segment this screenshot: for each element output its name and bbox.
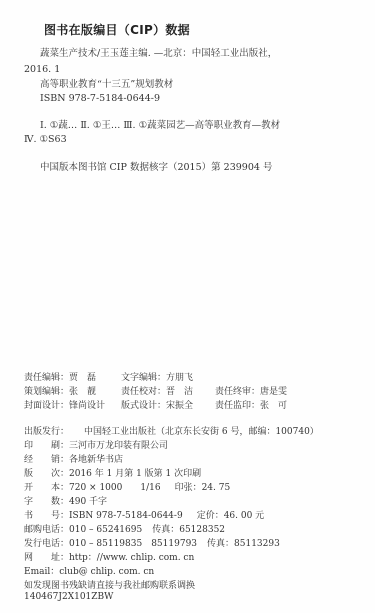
credit-cover-design: 封面设计：锋尚设计 [24,398,105,411]
pub-website: 网 址：http：//www. chlip. com. cn [24,550,194,563]
credit-text-editor: 文字编辑：方朋飞 [121,370,193,383]
pub-distributor: 经 销：各地新华书店 [24,452,123,465]
pub-word-count: 字 数：490 千字 [24,494,107,507]
credit-final-reviewer: 责任终审：唐是雯 [215,384,287,397]
credit-planning-editor: 策划编辑：张 靓 [24,384,96,397]
credit-print-supervisor: 责任监印：张 可 [215,398,287,411]
pub-sales-phone: 发行电话：010 – 85119835 85119793传真：85113293 [24,536,280,549]
cip-series-line: 高等职业教育“十三五”规划教材 [40,79,173,91]
pub-mail-order-phone: 邮购电话：010 – 65241695传真：65128352 [24,522,225,535]
cip-heading: 图书在版编目（CIP）数据 [44,21,190,38]
pub-email: Email：club@ chlip. com. cn [24,564,154,577]
pub-publisher: 出版发行：中国轻工业出版社（北京东长安街 6 号，邮编：100740） [24,424,319,437]
pub-code: 140467J2X101ZBW [24,592,113,602]
cip-title-line: 蔬菜生产技术/王玉莲主编. —北京：中国轻工业出版社， [40,48,277,60]
credit-responsible-editor: 责任编辑：贾 磊 [24,370,96,383]
pub-format: 开 本：720 × 1000 1/16印张：24. 75 [24,480,230,493]
pub-printer: 印 刷：三河市万龙印装有限公司 [24,438,168,451]
pub-isbn: 书 号：ISBN 978-7-5184-0644-9定价：46. 00 元 [24,508,264,521]
cip-number-line: 中国版本图书馆 CIP 数据核字（2015）第 239904 号 [40,162,272,174]
pub-edition: 版 次：2016 年 1 月第 1 版第 1 次印刷 [24,466,201,479]
cip-year-line: 2016. 1 [24,64,60,76]
credit-layout-design: 版式设计：宋振全 [121,398,193,411]
cip-isbn-line: ISBN 978-7-5184-0644-9 [40,93,160,105]
copyright-page: 图书在版编目（CIP）数据 蔬菜生产技术/王玉莲主编. —北京：中国轻工业出版社… [0,0,375,613]
pub-notice: 如发现图书残缺请直接与我社邮购联系调换 [24,578,195,591]
cip-classification-line-1: Ⅰ. ①蔬… Ⅱ. ①王… Ⅲ. ①蔬菜园艺—高等职业教育—教材 [40,120,280,132]
cip-classification-line-2: Ⅳ. ①S63 [24,134,67,146]
credit-proofreader: 责任校对：晋 洁 [121,384,193,397]
